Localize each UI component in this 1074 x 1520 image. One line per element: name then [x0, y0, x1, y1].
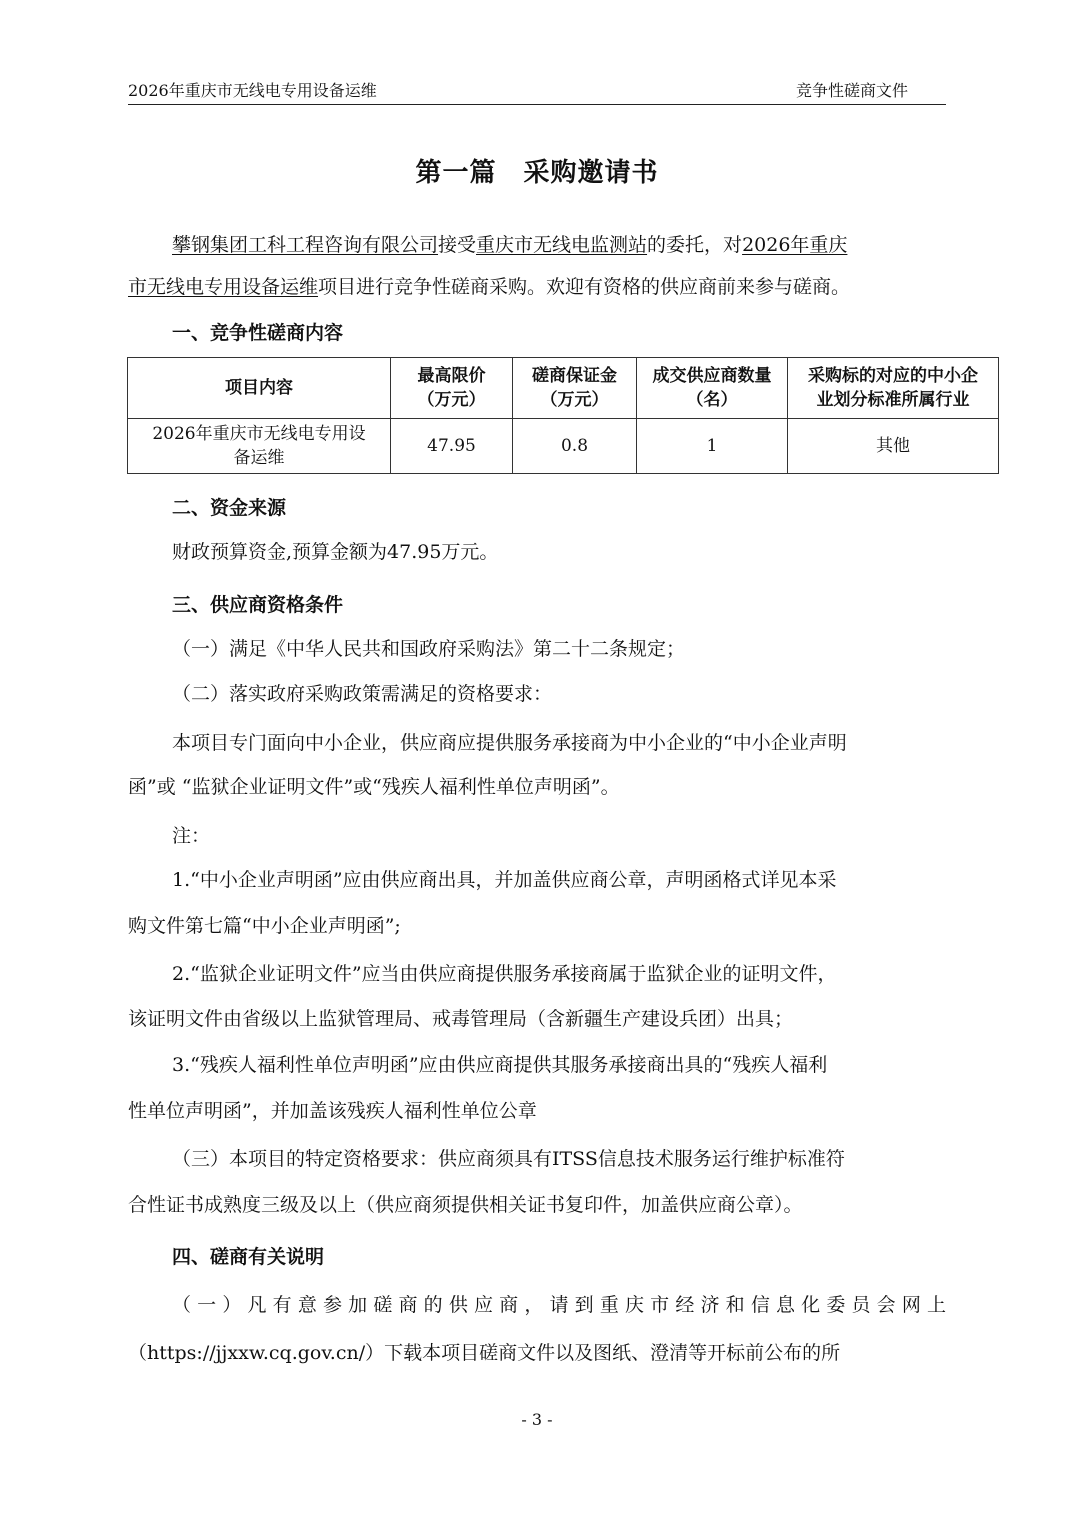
qualification-3-line1: （三）本项目的特定资格要求：供应商须具有ITSS信息技术服务运行维护标准符 [172, 1138, 845, 1180]
page-number: - 3 - [0, 1410, 1074, 1429]
intro-text: 项目进行竞争性磋商采购。欢迎有资格的供应商前来参与磋商。 [318, 276, 850, 298]
table-row: 2026年重庆市无线电专用设备运维 47.95 0.8 1 其他 [128, 419, 999, 474]
instruction-1-line2: （https://jjxxw.cq.gov.cn/）下载本项目磋商文件以及图纸、… [128, 1332, 840, 1374]
cell-item: 2026年重庆市无线电专用设备运维 [128, 419, 391, 474]
agency-name: 攀钢集团工科工程咨询有限公司 [172, 234, 438, 256]
note-1-line1: 1.“中小企业声明函”应由供应商出具，并加盖供应商公章，声明函格式详见本采 [172, 859, 837, 901]
instruction-1-line1: （一）凡有意参加磋商的供应商，请到重庆市经济和信息化委员会网上 [172, 1284, 946, 1326]
project-name-cont: 市无线电专用设备运维 [128, 276, 318, 298]
note-3-line1: 3.“残疾人福利性单位声明函”应由供应商提供其服务承接商出具的“残疾人福利 [172, 1044, 827, 1086]
table-header-item: 项目内容 [128, 358, 391, 419]
project-name: 2026年重庆 [742, 234, 847, 256]
cell-supplier-count: 1 [637, 419, 788, 474]
table-header-supplier-count: 成交供应商数量（名） [637, 358, 788, 419]
page-title: 第一篇 采购邀请书 [0, 152, 1074, 189]
page-header: 2026年重庆市无线电专用设备运维 竞争性磋商文件 [128, 78, 946, 105]
header-document-type: 竞争性磋商文件 [796, 78, 908, 101]
cell-max-price: 47.95 [391, 419, 513, 474]
note-2-line1: 2.“监狱企业证明文件”应当由供应商提供服务承接商属于监狱企业的证明文件， [172, 953, 837, 995]
qualification-3-line2: 合性证书成熟度三级及以上（供应商须提供相关证书复印件，加盖供应商公章）。 [128, 1184, 803, 1226]
table-header-max-price: 最高限价（万元） [391, 358, 513, 419]
qualification-1: （一）满足《中华人民共和国政府采购法》第二十二条规定； [172, 628, 685, 670]
qualification-2: （二）落实政府采购政策需满足的资格要求： [172, 673, 552, 715]
header-project-name: 2026年重庆市无线电专用设备运维 [128, 78, 377, 101]
cell-deposit: 0.8 [513, 419, 637, 474]
note-1-line2: 购文件第七篇“中小企业声明函”; [128, 905, 401, 947]
note-label: 注： [172, 815, 210, 857]
procurement-table: 项目内容 最高限价（万元） 磋商保证金（万元） 成交供应商数量（名） 采购标的对… [127, 357, 999, 474]
section-heading-1: 一、竞争性磋商内容 [172, 318, 343, 345]
sme-paragraph-line1: 本项目专门面向中小企业，供应商应提供服务承接商为中小企业的“中小企业声明 [172, 722, 847, 764]
intro-text: 接受 [438, 234, 476, 256]
table-header-deposit: 磋商保证金（万元） [513, 358, 637, 419]
table-header-row: 项目内容 最高限价（万元） 磋商保证金（万元） 成交供应商数量（名） 采购标的对… [128, 358, 999, 419]
section-heading-3: 三、供应商资格条件 [172, 590, 343, 617]
cell-industry: 其他 [788, 419, 999, 474]
section-heading-4: 四、磋商有关说明 [172, 1242, 324, 1269]
sme-paragraph-line2: 函”或 “监狱企业证明文件”或“残疾人福利性单位声明函”。 [128, 766, 620, 808]
intro-text: 的委托，对 [647, 234, 742, 256]
table-header-industry: 采购标的对应的中小企业划分标准所属行业 [788, 358, 999, 419]
section-heading-2: 二、资金来源 [172, 493, 286, 520]
intro-paragraph: 攀钢集团工科工程咨询有限公司接受重庆市无线电监测站的委托，对2026年重庆 市无… [128, 224, 948, 308]
note-2-line2: 该证明文件由省级以上监狱管理局、戒毒管理局（含新疆生产建设兵团）出具； [128, 998, 793, 1040]
client-name: 重庆市无线电监测站 [476, 234, 647, 256]
funding-text: 财政预算资金,预算金额为47.95万元。 [172, 531, 498, 573]
note-3-line2: 性单位声明函”，并加盖该残疾人福利性单位公章 [128, 1090, 537, 1132]
